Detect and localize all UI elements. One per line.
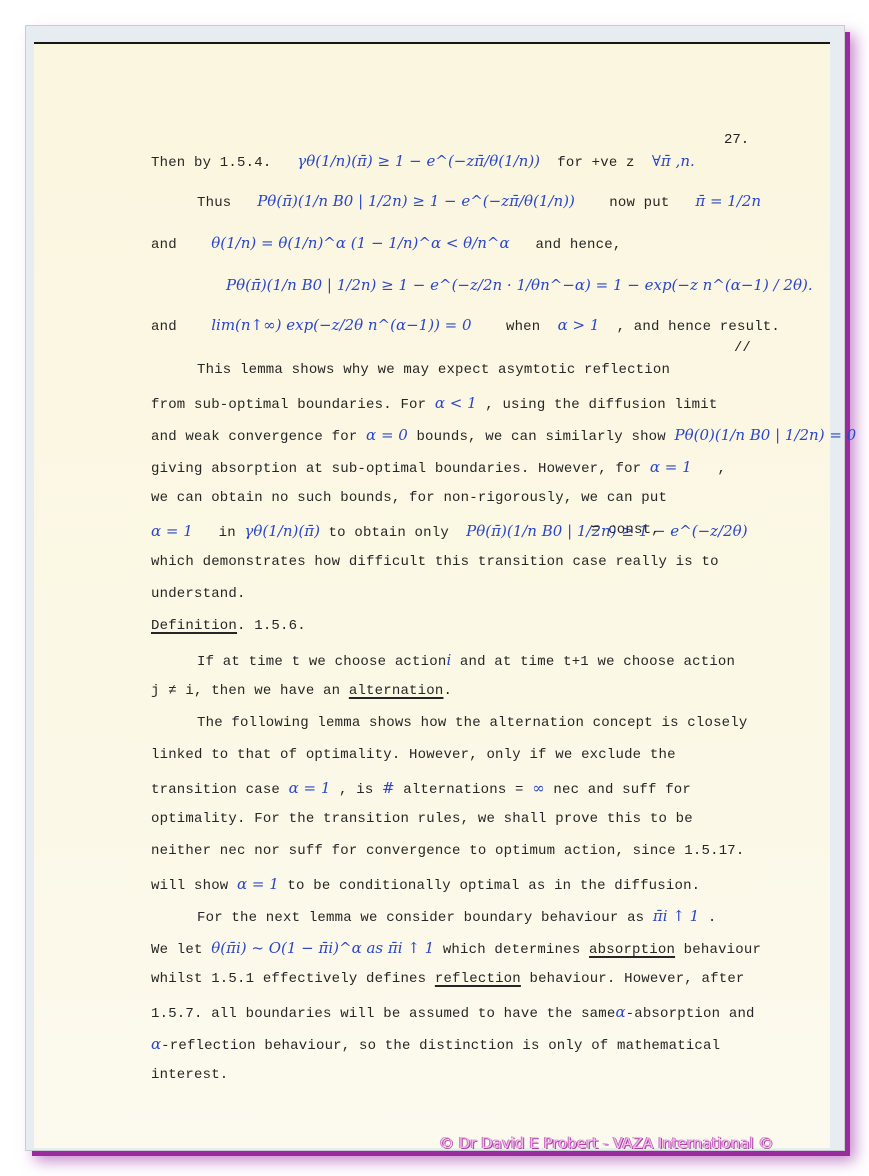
typed-text: and: [151, 319, 177, 335]
text-line: linked to that of optimality. However, o…: [151, 747, 676, 763]
typed-text: we can obtain no such bounds, for non-ri…: [151, 490, 667, 506]
handwritten-formula: α > 1: [558, 316, 600, 334]
text-line: whilst 1.5.1 effectively defines reflect…: [151, 971, 745, 987]
typed-text: to obtain only: [329, 525, 449, 541]
typed-text: interest.: [151, 1067, 228, 1083]
handwritten-formula: i: [446, 651, 451, 669]
typed-text: Thus: [197, 195, 231, 211]
text-line: and weak convergence for α = 0 bounds, w…: [151, 426, 856, 445]
typewritten-page: 27. Then by 1.5.4. γθ(1/n)(π̄) ≥ 1 − e^(…: [34, 42, 830, 1148]
handwritten-formula: #: [382, 779, 395, 797]
typed-text: -absorption and: [626, 1006, 755, 1022]
handwritten-formula: Pθ(0)(1/n B0 | 1/2n) = 0: [675, 426, 857, 444]
typed-text: whilst 1.5.1 effectively defines: [151, 971, 426, 987]
handwritten-formula: α = 1: [650, 458, 692, 476]
typed-text: nec and suff for: [553, 782, 691, 798]
handwritten-formula: π̄ = 1/2n: [695, 192, 761, 210]
typed-text: behaviour: [684, 942, 761, 958]
typed-text: for +ve z: [557, 155, 634, 171]
typed-text: optimality. For the transition rules, we…: [151, 811, 693, 827]
typed-text: to be conditionally optimal as in the di…: [287, 878, 700, 894]
text-line: transition case α = 1 , is # alternation…: [151, 779, 691, 798]
typed-text: giving absorption at sub-optimal boundar…: [151, 461, 641, 477]
typed-text: now put: [609, 195, 669, 211]
handwritten-formula: γθ(1/n)(π̄) ≥ 1 − e^(−zπ̄/θ(1/n)): [297, 152, 540, 170]
text-line: Then by 1.5.4. γθ(1/n)(π̄) ≥ 1 − e^(−zπ̄…: [151, 152, 695, 171]
text-line: we can obtain no such bounds, for non-ri…: [151, 490, 667, 506]
text-line: This lemma shows why we may expect asymt…: [197, 362, 670, 378]
typed-text: For the next lemma we consider boundary …: [197, 910, 644, 926]
text-line: The following lemma shows how the altern…: [197, 715, 748, 731]
typed-text: understand.: [151, 586, 246, 602]
text-line: giving absorption at sub-optimal boundar…: [151, 458, 726, 477]
typed-text: and weak convergence for: [151, 429, 357, 445]
text-line: and θ(1/n) = θ(1/n)^α (1 − 1/n)^α < θ/n^…: [151, 234, 621, 253]
text-line: 1.5.7. all boundaries will be assumed to…: [151, 1003, 755, 1022]
handwritten-formula: α < 1: [435, 394, 477, 412]
typed-text: ,: [717, 461, 726, 477]
handwritten-formula: θ(π̄i) ~ O(1 − π̄i)^α as π̄i ↑ 1: [211, 939, 434, 957]
typed-text: will show: [151, 878, 228, 894]
definition-heading: Definition. 1.5.6.: [151, 618, 306, 634]
text-line: We let θ(π̄i) ~ O(1 − π̄i)^α as π̄i ↑ 1 …: [151, 939, 761, 958]
typed-text: Definition: [151, 618, 237, 634]
typed-text: absorption: [589, 942, 675, 958]
text-line: will show α = 1 to be conditionally opti…: [151, 875, 700, 894]
text-line: For the next lemma we consider boundary …: [197, 907, 716, 926]
text-line: = const,: [591, 522, 660, 538]
typed-text: bounds, we can similarly show: [416, 429, 665, 445]
typed-text: from sub-optimal boundaries. For: [151, 397, 426, 413]
typed-text: which demonstrates how difficult this tr…: [151, 554, 719, 570]
typed-text: Then by 1.5.4.: [151, 155, 271, 171]
handwritten-formula: α: [615, 1003, 625, 1021]
typed-text: We let: [151, 942, 203, 958]
handwritten-formula: α = 1: [151, 522, 193, 540]
typed-text: This lemma shows why we may expect asymt…: [197, 362, 670, 378]
typed-text: .: [708, 910, 717, 926]
handwritten-formula: γθ(1/n)(π̄): [244, 522, 320, 540]
typed-text: If at time t we choose action: [197, 654, 446, 670]
typed-text: and: [151, 237, 177, 253]
handwritten-formula: ∞: [532, 779, 545, 797]
proof-end-mark: //: [734, 340, 751, 356]
typed-text: and at time t+1 we choose action: [460, 654, 735, 670]
typed-text: , and hence result.: [617, 319, 780, 335]
handwritten-formula: ∀π̄ ,n.: [652, 152, 695, 170]
text-line: If at time t we choose actioni and at ti…: [197, 651, 735, 670]
handwritten-formula: α = 1: [237, 875, 279, 893]
text-line: j ≠ i, then we have an alternation.: [151, 683, 452, 699]
text-line: understand.: [151, 586, 246, 602]
handwritten-formula: α = 0: [366, 426, 408, 444]
text-line: interest.: [151, 1067, 228, 1083]
text-line: from sub-optimal boundaries. For α < 1 ,…: [151, 394, 718, 413]
text-line: Thus Pθ(π̄)(1/n B0 | 1/2n) ≥ 1 − e^(−zπ̄…: [197, 192, 761, 211]
text-line: α-reflection behaviour, so the distincti…: [151, 1035, 720, 1054]
typed-text: neither nec nor suff for convergence to …: [151, 843, 745, 859]
typed-text: = const,: [591, 522, 660, 538]
handwritten-formula: α = 1: [289, 779, 331, 797]
text-line: optimality. For the transition rules, we…: [151, 811, 693, 827]
typed-text: in: [219, 525, 236, 541]
typed-text: 1.5.7. all boundaries will be assumed to…: [151, 1006, 615, 1022]
typed-text: alternations =: [403, 782, 523, 798]
typed-text: , using the diffusion limit: [485, 397, 717, 413]
copyright-watermark: © Dr David E Probert - VAZA Internationa…: [439, 1134, 774, 1152]
typed-text: . 1.5.6.: [237, 618, 306, 634]
handwritten-formula: Pθ(π̄)(1/n B0 | 1/2n) ≥ 1 − e^(−zπ̄/θ(1/…: [257, 192, 575, 210]
handwritten-formula: lim(n↑∞) exp(−z/2θ n^(α−1)) = 0: [211, 316, 471, 334]
page-number: 27.: [724, 132, 749, 148]
handwritten-formula: α: [151, 1035, 161, 1053]
typed-text: , is: [339, 782, 373, 798]
text-line: neither nec nor suff for convergence to …: [151, 843, 745, 859]
typed-text: when: [506, 319, 540, 335]
typed-text: j ≠ i, then we have an: [151, 683, 340, 699]
typed-text: transition case: [151, 782, 280, 798]
text-line: and lim(n↑∞) exp(−z/2θ n^(α−1)) = 0 when…: [151, 316, 780, 335]
text-line: which demonstrates how difficult this tr…: [151, 554, 719, 570]
handwritten-formula: π̄i ↑ 1: [653, 907, 699, 925]
text-line: Pθ(π̄)(1/n B0 | 1/2n) ≥ 1 − e^(−z/2n · 1…: [226, 276, 813, 295]
handwritten-formula: Pθ(π̄)(1/n B0 | 1/2n) ≥ 1 − e^(−z/2n · 1…: [226, 276, 813, 294]
typed-text: .: [443, 683, 452, 699]
typed-text: alternation: [349, 683, 444, 699]
typed-text: reflection: [435, 971, 521, 987]
typed-text: linked to that of optimality. However, o…: [151, 747, 676, 763]
document-frame: 27. Then by 1.5.4. γθ(1/n)(π̄) ≥ 1 − e^(…: [25, 25, 845, 1151]
typed-text: behaviour. However, after: [529, 971, 744, 987]
handwritten-formula: θ(1/n) = θ(1/n)^α (1 − 1/n)^α < θ/n^α: [211, 234, 509, 252]
typed-text: The following lemma shows how the altern…: [197, 715, 748, 731]
typed-text: -reflection behaviour, so the distinctio…: [161, 1038, 720, 1054]
typed-text: and hence,: [535, 237, 621, 253]
typed-text: which determines: [443, 942, 581, 958]
